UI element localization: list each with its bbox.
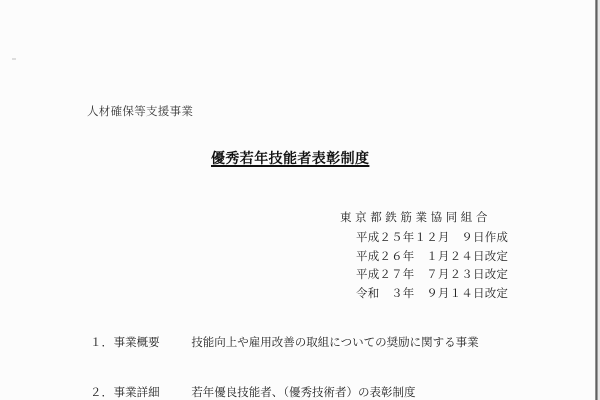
section-description: 若年優良技能者、（優秀技術者）の表彰制度 <box>191 384 415 400</box>
document-page: 人材確保等支援事業 優秀若年技能者表彰制度 東京都鉄筋業協同組合 平成２５年１２… <box>0 0 594 400</box>
section-label: 事業詳細 <box>114 384 188 400</box>
document-title: 優秀若年技能者表彰制度 <box>211 148 369 168</box>
section-number: １． <box>90 334 110 350</box>
section-number: ２． <box>90 384 110 400</box>
section-label: 事業概要 <box>114 334 188 350</box>
document-category: 人材確保等支援事業 <box>87 103 193 119</box>
revision-entry: 平成２６年 １月２４日改定 <box>356 248 508 267</box>
revision-entry: 令和 ３年 ９月１４日改定 <box>356 285 508 304</box>
revision-entry: 平成２７年 ７月２３日改定 <box>356 266 508 285</box>
scan-artifact <box>12 58 16 60</box>
organization-name: 東京都鉄筋業協同組合 <box>340 209 491 225</box>
revision-history: 平成２５年１２月 ９日作成 平成２６年 １月２４日改定 平成２７年 ７月２３日改… <box>356 229 508 303</box>
section-details: ２． 事業詳細 若年優良技能者、（優秀技術者）の表彰制度 <box>90 384 416 400</box>
section-description: 技能向上や雇用改善の取組についての奨励に関する事業 <box>191 334 478 350</box>
revision-entry: 平成２５年１２月 ９日作成 <box>356 229 508 248</box>
section-overview: １． 事業概要 技能向上や雇用改善の取組についての奨励に関する事業 <box>90 334 479 350</box>
